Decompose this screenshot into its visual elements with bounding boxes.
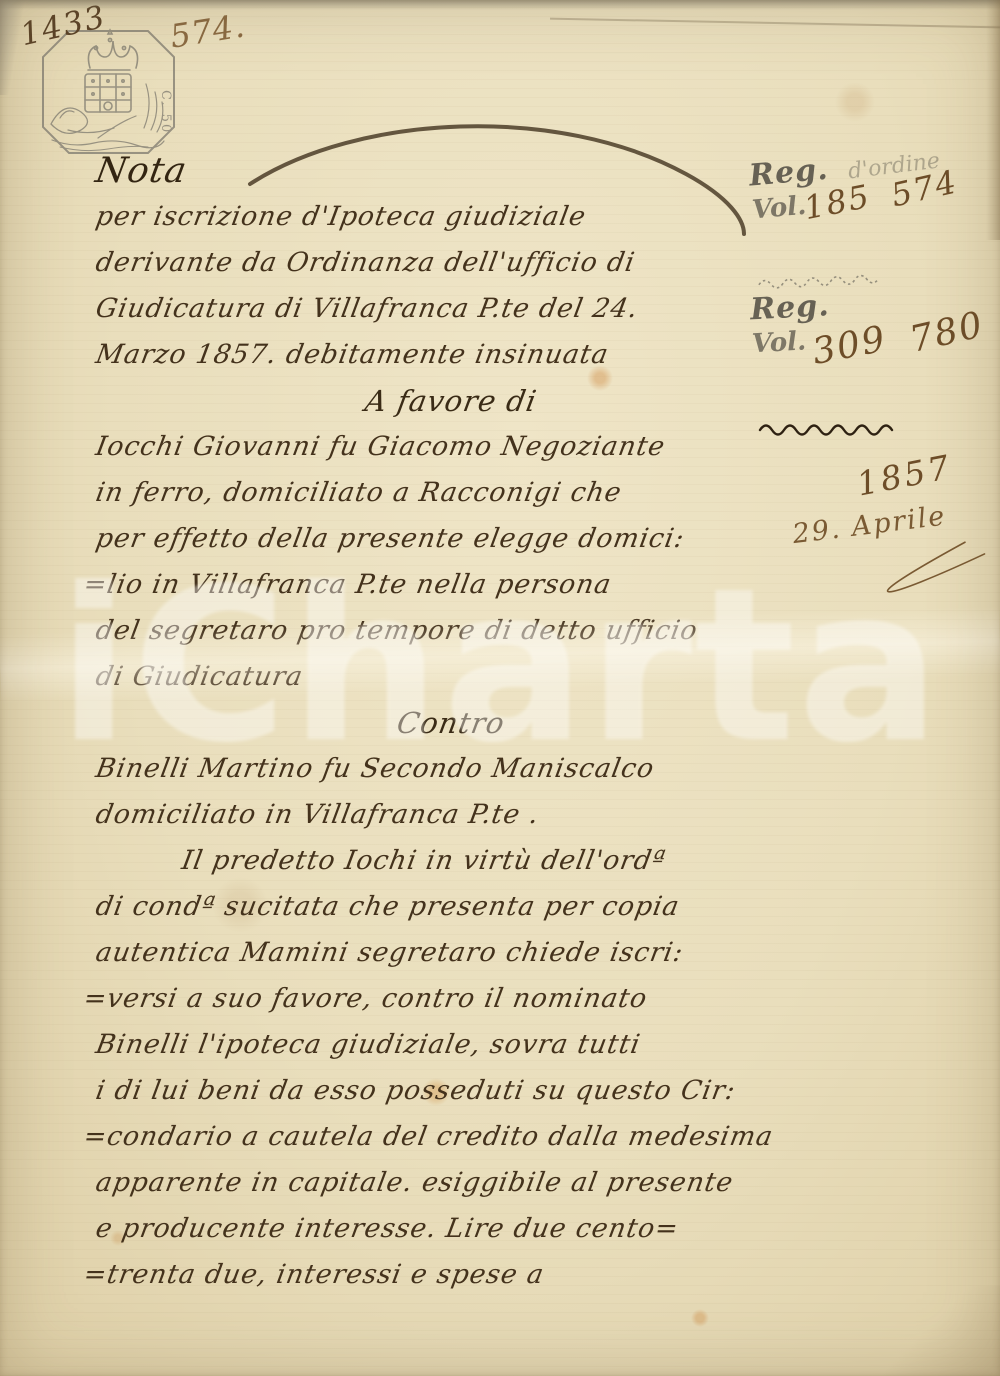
paper-fold-top [550, 18, 1000, 29]
stamp-wavy-line [757, 271, 897, 290]
margin-year: 1857 [854, 439, 995, 503]
text-line: in ferro, domiciliato a Racconigi che [92, 470, 810, 516]
text-line: del segretaro pro tempore di detto uffic… [92, 608, 810, 654]
paper-edge-left [0, 0, 26, 95]
section-heading-contro: Contro [92, 700, 810, 746]
manuscript-page: 1433 574. C. 50 [0, 0, 1000, 1376]
text-line: Marzo 1857. debitamente insinuata [92, 332, 810, 378]
document-title: Nota [92, 148, 810, 194]
stamp-denomination: C. 50 [158, 90, 173, 134]
text-line: apparente in capitale. esiggibile al pre… [92, 1160, 810, 1206]
text-line: =trenta due, interessi e spese a [80, 1252, 810, 1298]
paper-fold-bottom-right [870, 1286, 1000, 1376]
registration-stamp-1: Reg. d'ordine Vol. 185 574 [748, 138, 997, 268]
text-line: di condª sucitata che presenta per copia [92, 884, 810, 930]
folio-number: 574. [167, 6, 247, 55]
text-line: domiciliato in Villafranca P.te . [92, 792, 810, 838]
text-line: =versi a suo favore, contro il nominato [80, 976, 810, 1022]
text-line: Giudicatura di Villafranca P.te del 24. [92, 286, 810, 332]
text-line: autentica Mamini segretaro chiede iscri: [92, 930, 810, 976]
entry-number: 780 [906, 304, 988, 361]
margin-date: 29. Aprile [791, 495, 993, 550]
text-line: i di lui beni da esso posseduti su quest… [92, 1068, 810, 1114]
revenue-stamp-icon: C. 50 [38, 26, 178, 158]
text-line: e producente interesse. Lire due cento= [92, 1206, 810, 1252]
text-line: Binelli l'ipoteca giudiziale, sovra tutt… [92, 1022, 810, 1068]
text-line: Iocchi Giovanni fu Giacomo Negoziante [92, 424, 810, 470]
text-line: per iscrizione d'Ipoteca giudiziale [92, 194, 810, 240]
text-line: Binelli Martino fu Secondo Maniscalco [92, 746, 810, 792]
text-line: per effetto della presente elegge domici… [92, 516, 810, 562]
paper-edge-top [0, 0, 1000, 10]
ink-wavy-line [758, 422, 918, 436]
stamp-label: Reg. [749, 288, 830, 327]
registration-stamp-2: Reg. Vol. 309 780 [749, 280, 994, 402]
text-line: Il predetto Iochi in virtù dell'ordª [92, 838, 810, 884]
text-line: derivante da Ordinanza dell'ufficio di [92, 240, 810, 286]
text-line: =lio in Villafranca P.te nella persona [80, 562, 810, 608]
section-heading-favore: A favore di [92, 378, 810, 424]
manuscript-text: Nota per iscrizione d'Ipoteca giudiziale… [92, 148, 802, 1298]
text-line: =condario a cautela del credito dalla me… [80, 1114, 810, 1160]
margin-annotations: Reg. d'ordine Vol. 185 574 Reg. Vol. 309… [752, 148, 992, 538]
text-line: di Giudicatura [92, 654, 810, 700]
